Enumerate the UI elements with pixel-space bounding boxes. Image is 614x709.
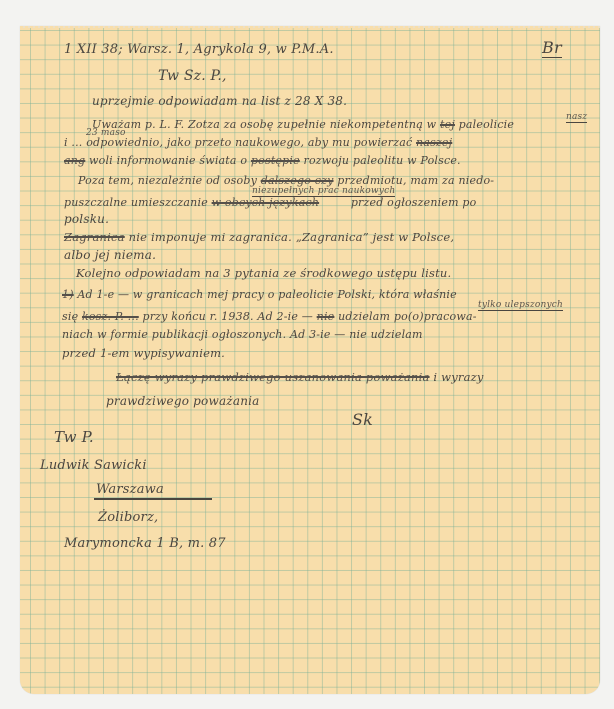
strikethrough-text: ang (64, 154, 85, 167)
body-line-2: Uważam p. L. F. Zotza za osobę zupełnie … (92, 118, 514, 131)
signature: Sk (352, 410, 373, 429)
body-line-10: Kolejno odpowiadam na 3 pytania ze środk… (76, 266, 451, 280)
address-name: Ludwik Sawicki (40, 458, 147, 473)
body-line-2-tail: paleolicie (459, 118, 514, 131)
body-line-12-text: się (62, 310, 78, 323)
address-district: Żoliborz, (98, 510, 158, 525)
strikethrough-text: Zagranica (64, 230, 125, 244)
address-title: Tw P. (54, 428, 94, 446)
body-line-6: puszczalne umieszczanie w obcych językac… (64, 196, 476, 209)
body-line-7: polsku. (64, 212, 109, 226)
body-line-9: albo jej niema. (64, 248, 156, 262)
header-line: 1 XII 38; Warsz. 1, Agrykola 9, w P.M.A. (64, 42, 334, 57)
strikethrough-text: kosz. P. ... (82, 310, 139, 323)
body-line-8-text: nie imponuje mi zagranica. „Zagranica” j… (129, 230, 455, 244)
body-line-6-text: puszczalne umieszczanie (64, 196, 208, 209)
address-street: Marymoncka 1 B, m. 87 (64, 536, 226, 551)
corner-mark: Br (542, 38, 562, 58)
body-line-3-text: i ... odpowiednio, jako przeto naukowego… (64, 136, 412, 149)
body-line-12: się kosz. P. ... przy końcu r. 1938. Ad … (62, 310, 477, 323)
body-line-12-tail2: udzielam po(o)pracowa- (338, 310, 477, 323)
body-line-3: i ... odpowiednio, jako przeto naukowego… (64, 136, 452, 149)
strikethrough-text: tej (440, 118, 455, 131)
body-line-11: 1) Ad 1-e — w granicach mej pracy o pale… (62, 288, 457, 301)
body-line-14: przed 1-em wypisywaniem. (62, 346, 225, 360)
closing-line-1-tail: i wyrazy (433, 370, 483, 384)
body-line-6-tail: przed ogłoszeniem po (351, 196, 477, 209)
body-line-11-text: Ad 1-e — w granicach mej pracy o paleoli… (77, 288, 456, 301)
strikethrough-text: w obcych językach (212, 196, 320, 209)
body-line-4: ang woli informowanie świata o postępie … (64, 154, 461, 167)
closing-line-2: prawdziwego poważania (106, 394, 260, 408)
insert-above-line-12: tylko ulepszonych (478, 300, 563, 311)
strikethrough-text: naszej (416, 136, 452, 149)
strikethrough-text: Łączę wyrazy prawdziwego uszanowania pow… (116, 370, 430, 384)
body-line-4-tail: rozwoju paleolitu w Polsce. (304, 154, 461, 167)
salutation: Tw Sz. P., (158, 68, 227, 84)
insert-above-line-3-right: nasz (566, 112, 587, 123)
strikethrough-text: nie (317, 310, 335, 323)
body-line-5-text: Poza tem, niezależnie od osoby (78, 174, 257, 187)
address-divider (94, 498, 212, 500)
address-city: Warszawa (96, 482, 164, 497)
strikethrough-text: postępie (251, 154, 300, 167)
body-line-2-text: Uważam p. L. F. Zotza za osobę zupełnie … (92, 118, 436, 131)
body-line-8: Zagranica nie imponuje mi zagranica. „Za… (64, 230, 454, 244)
closing-line-1: Łączę wyrazy prawdziwego uszanowania pow… (116, 370, 484, 384)
body-line-1: uprzejmie odpowiadam na list z 28 X 38. (92, 94, 347, 108)
body-line-13: niach w formie publikacji ogłoszonych. A… (62, 328, 423, 341)
body-line-12-tail: przy końcu r. 1938. Ad 2-ie — (142, 310, 312, 323)
body-line-4-text: woli informowanie świata o (89, 154, 247, 167)
strikethrough-text: 1) (62, 288, 74, 301)
